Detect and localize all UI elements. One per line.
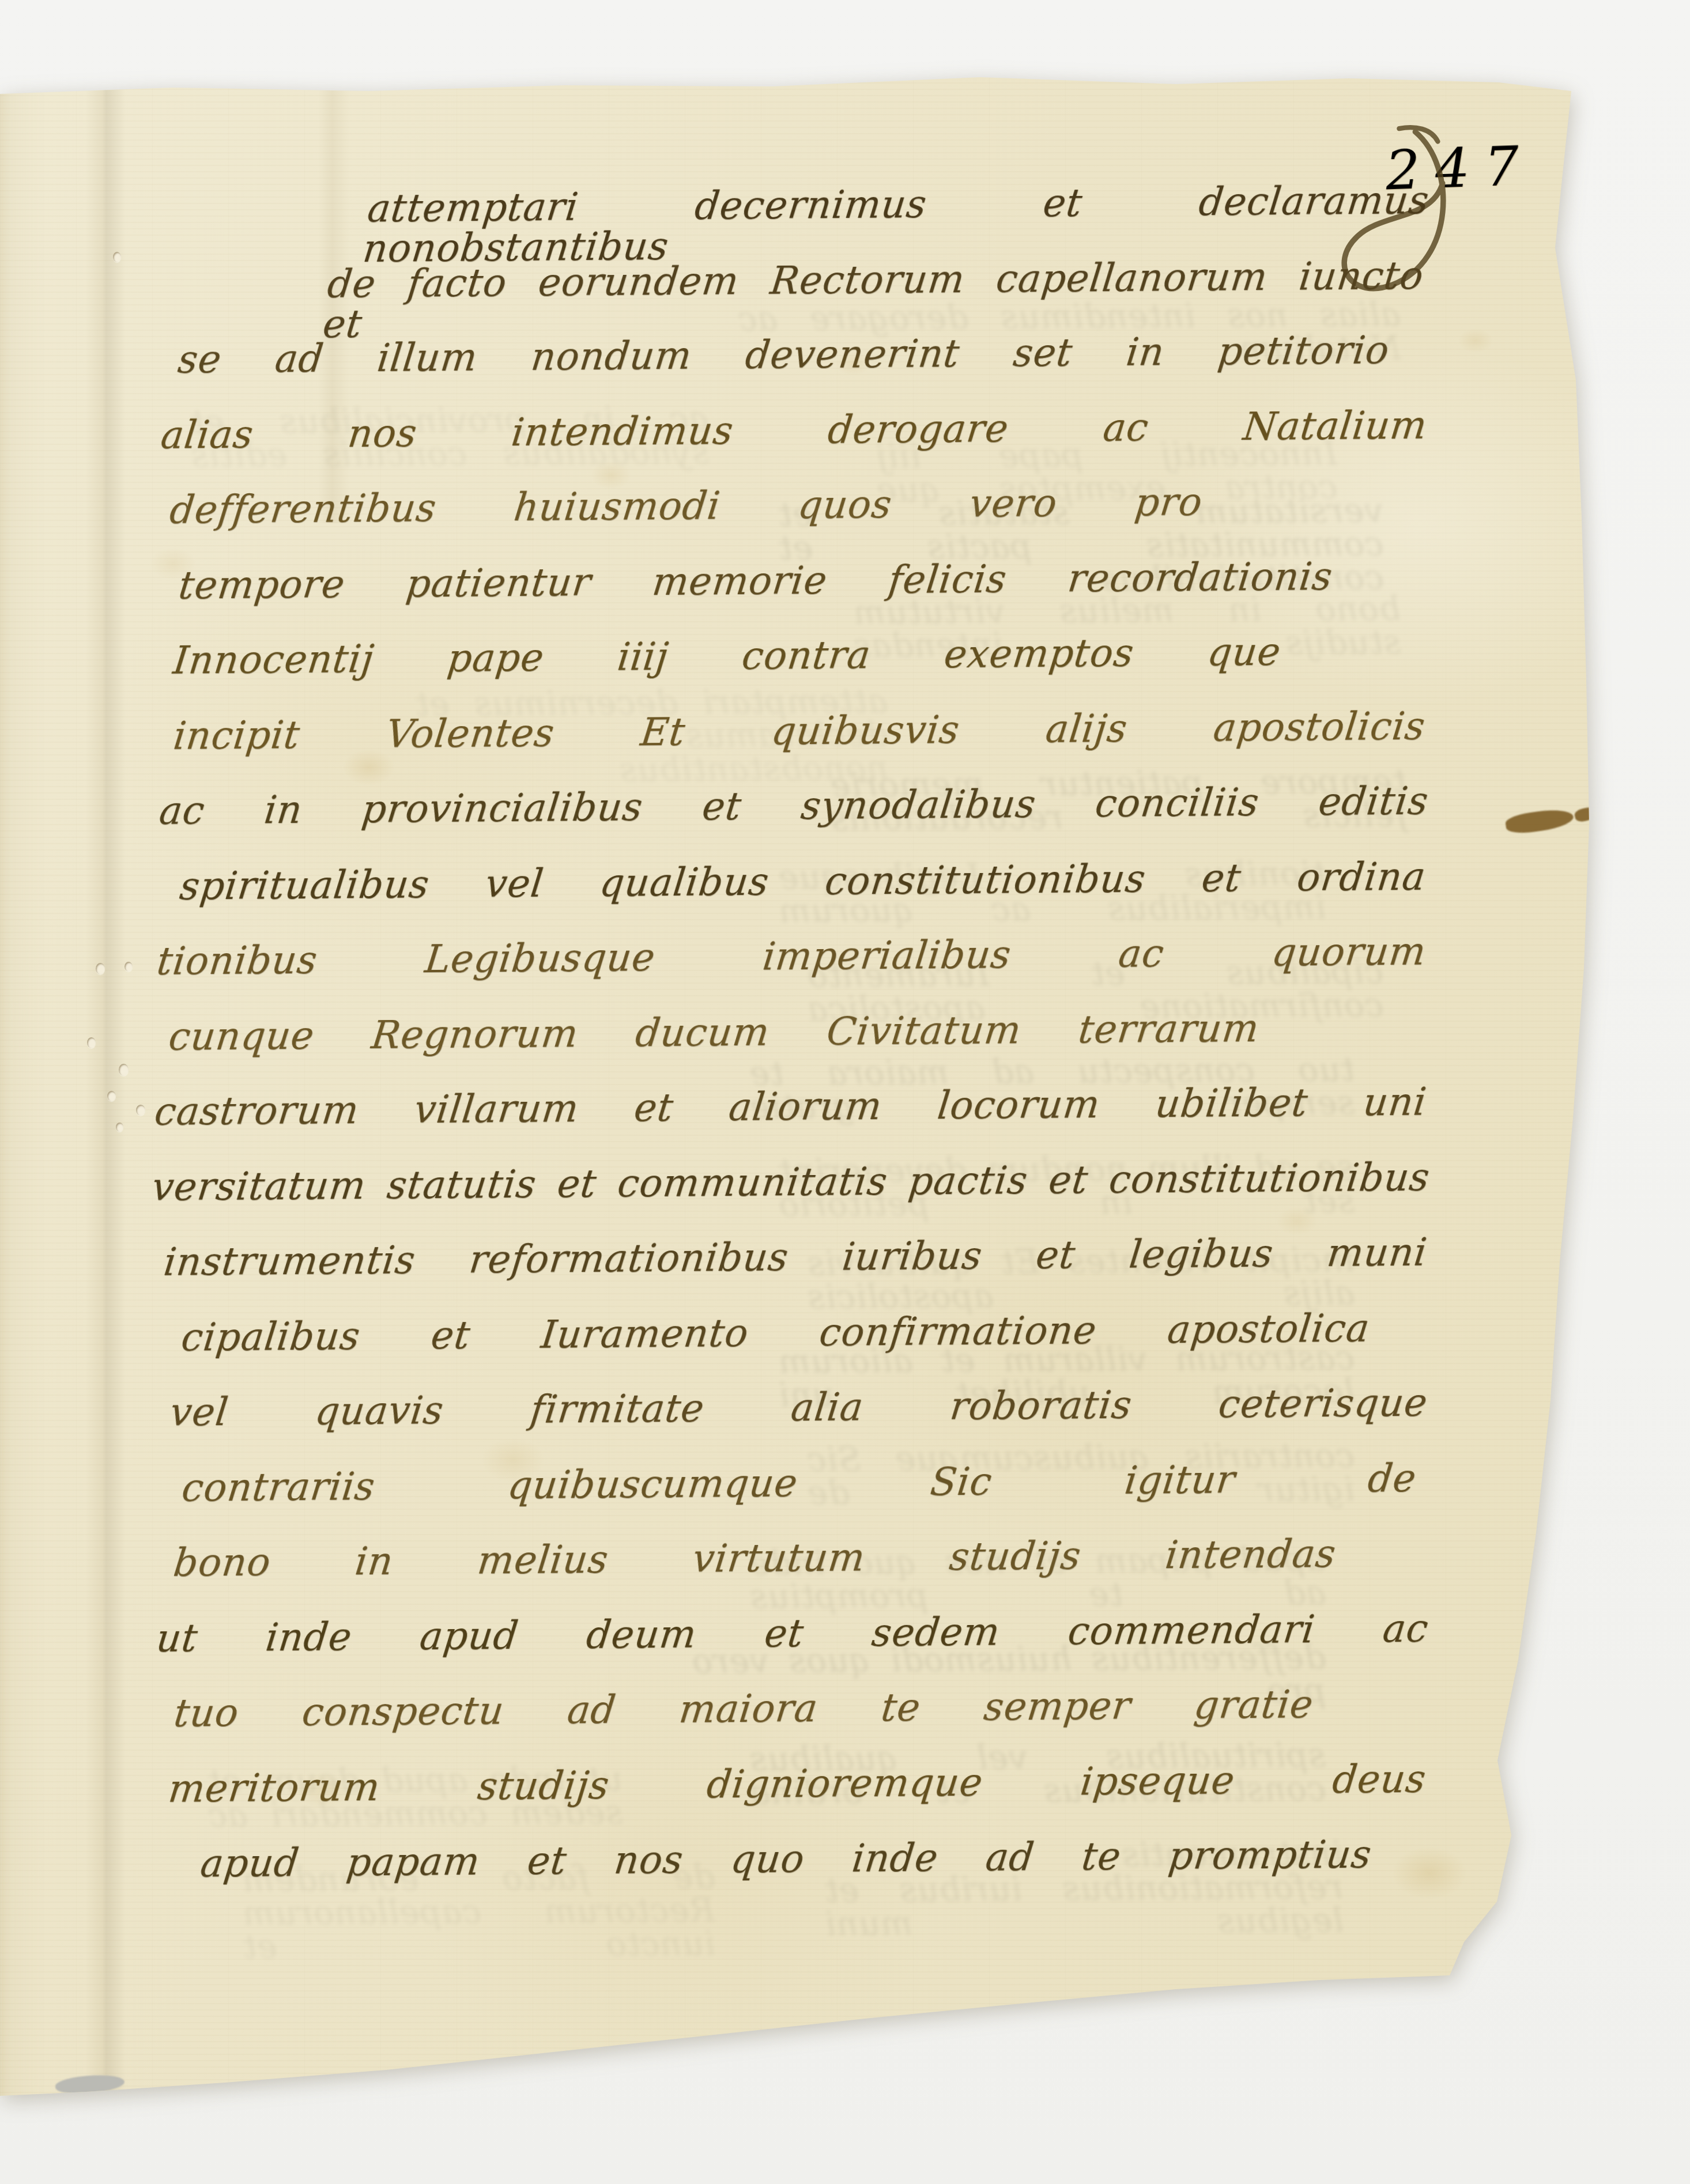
text-line: Innocentij pape iiij contra exemptos que (169, 633, 1283, 694)
text-line: castrorum villarum et aliorum locorum ub… (151, 1083, 1429, 1146)
text-line: cipalibus et Iuramento confirmatione apo… (178, 1309, 1372, 1371)
text-line: apud papam et nos quo inde ad te prompti… (197, 1835, 1374, 1898)
manuscript-page: 247 attemptari decernimus et declaramus … (0, 0, 1690, 2184)
text-line: incipit Volentes Et quibusvis alijs apos… (170, 707, 1428, 770)
scan-background: 247 attemptari decernimus et declaramus … (0, 0, 1690, 2184)
text-line: tempore patientur memorie felicis record… (175, 557, 1335, 619)
worm-hole (113, 252, 121, 262)
text-line: cunque Regnorum ducum Civitatum terrarum (165, 1009, 1261, 1071)
text-line: meritorum studijs dignioremque ipseque d… (165, 1760, 1428, 1823)
text-line: spiritualibus vel qualibus constitutioni… (176, 857, 1428, 920)
text-line: defferentibus huiusmodi quos vero pro (166, 483, 1204, 544)
text-line: vel quavis firmitate alia roboratis cete… (167, 1384, 1430, 1446)
page-shadow: 247 attemptari decernimus et declaramus … (0, 0, 1690, 2184)
worm-hole (87, 1037, 96, 1048)
text-line: alias nos intendimus derogare ac Nataliu… (157, 406, 1429, 469)
text-line: de facto eorundem Rectorum capellanorum … (324, 256, 1426, 318)
text-block: attemptari decernimus et declaramus nono… (0, 0, 1690, 2184)
text-line: tionibus Legibusque imperialibus ac quor… (153, 932, 1428, 995)
worm-hole (107, 1091, 116, 1101)
text-line: attemptari decernimus et declaramus nono… (364, 181, 1431, 242)
text-line: bono in melius virtutum studijs intendas (170, 1535, 1338, 1597)
worm-hole (96, 963, 105, 974)
text-line: contrariis quibuscumque Sic igitur de (178, 1459, 1419, 1522)
text-line: se ad illum nondum devenerint set in pet… (174, 331, 1391, 394)
worm-hole (119, 1064, 129, 1076)
worm-hole (136, 1105, 145, 1116)
text-line: tuo conspectu ad maiora te semper gratie (171, 1686, 1316, 1748)
text-line: ac in provincialibus et synodalibus conc… (156, 782, 1431, 845)
text-line: versitatum statutis et communitatis pact… (148, 1158, 1432, 1221)
worm-hole (116, 1123, 123, 1132)
text-line: instrumentis reformationibus iuribus et … (160, 1233, 1429, 1296)
text-line: ut inde apud deum et sedem commendari ac (153, 1609, 1431, 1672)
worm-hole (125, 962, 133, 972)
